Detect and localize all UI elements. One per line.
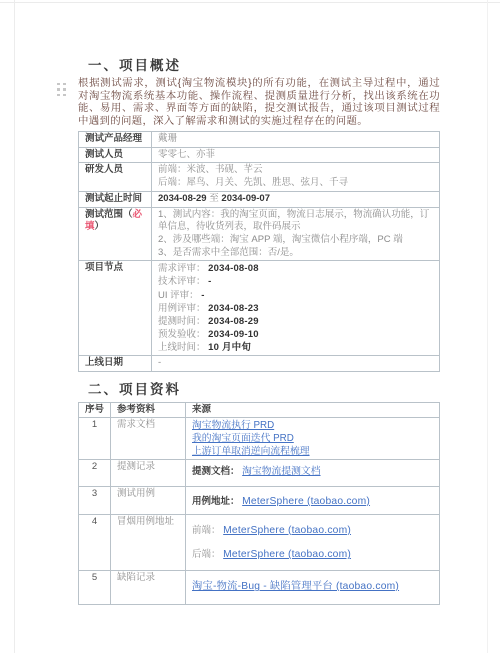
milestone-line: 技术评审： - xyxy=(158,275,433,288)
page-left-edge xyxy=(14,0,15,653)
table-row: 5 缺陷记录 淘宝-物流-Bug - 缺陷管理平台 (taobao.com) xyxy=(79,571,440,605)
scope-label-prefix: 测试范围（ xyxy=(85,209,133,220)
milestone-line: 提测时间： 2034-08-29 xyxy=(158,315,433,328)
section2-heading: 二、项目资料 xyxy=(88,381,440,398)
metersphere-link[interactable]: MeterSphere (taobao.com) xyxy=(242,496,370,507)
table-row: 2 提测记录 提测文档： 淘宝物流提测文档 xyxy=(79,460,440,487)
prd-link[interactable]: 淘宝物流执行 PRD xyxy=(192,420,274,431)
scope-label-suffix: ） xyxy=(95,221,105,232)
source-prefix: 提测文档： xyxy=(192,466,240,477)
table-row: 测试人员 零零七、亦菲 xyxy=(79,147,440,163)
row-number: 1 xyxy=(79,417,111,460)
row-value[interactable]: 前端：米波、书砚、芊云 后端：犀鸟、月关、先凯、胜思、弦月、千寻 xyxy=(152,163,440,191)
milestone-line: UI 评审： - xyxy=(158,289,433,302)
reference-name[interactable]: 测试用例 xyxy=(111,487,186,515)
row-value[interactable]: - xyxy=(152,355,440,371)
metersphere-link[interactable]: MeterSphere (taobao.com) xyxy=(223,549,351,560)
column-header-no[interactable]: 序号 xyxy=(79,402,111,417)
table-row: 4 冒烟用例地址 前端： MeterSphere (taobao.com) 后端… xyxy=(79,514,440,570)
row-label[interactable]: 测试人员 xyxy=(79,147,152,163)
frontend-label: 前端： xyxy=(192,525,221,536)
source-cell: 淘宝-物流-Bug - 缺陷管理平台 (taobao.com) xyxy=(186,571,440,605)
duration-separator: 至 xyxy=(209,193,219,204)
devs-frontend-line: 前端：米波、书砚、芊云 xyxy=(158,164,433,177)
column-header-source[interactable]: 来源 xyxy=(186,402,440,417)
table-row: 测试起止时间 2034-08-29 至 2034-09-07 xyxy=(79,191,440,207)
milestone-line: 需求评审： 2034-08-08 xyxy=(158,262,433,275)
project-materials-table: 序号 参考资料 来源 1 需求文档 淘宝物流执行 PRD 我的淘宝页面迭代 PR… xyxy=(78,402,440,605)
metersphere-link[interactable]: MeterSphere (taobao.com) xyxy=(223,525,351,536)
reference-name[interactable]: 需求文档 xyxy=(111,417,186,460)
row-value[interactable]: 零零七、亦菲 xyxy=(152,147,440,163)
column-header-ref[interactable]: 参考资料 xyxy=(111,402,186,417)
reference-name[interactable]: 提测记录 xyxy=(111,460,186,487)
project-overview-table: 测试产品经理 戴珊 测试人员 零零七、亦菲 研发人员 前端：米波、书砚、芊云 后… xyxy=(78,131,440,372)
table-row: 上线日期 - xyxy=(79,355,440,371)
row-number: 3 xyxy=(79,487,111,515)
smoke-backend-line: 后端： MeterSphere (taobao.com) xyxy=(192,549,433,562)
page-top-edge xyxy=(0,2,500,3)
row-number: 2 xyxy=(79,460,111,487)
milestone-line: 上线时间： 10 月中旬 xyxy=(158,341,433,354)
submission-doc-link[interactable]: 淘宝物流提测文档 xyxy=(242,466,320,477)
milestone-line: 预发验收： 2034-09-10 xyxy=(158,328,433,341)
row-label[interactable]: 测试产品经理 xyxy=(79,132,152,148)
scope-item: 2、涉及哪些端：淘宝 APP 端，淘宝微信小程序端，PC 端 xyxy=(158,234,433,247)
table-row: 研发人员 前端：米波、书砚、芊云 后端：犀鸟、月关、先凯、胜思、弦月、千寻 xyxy=(79,163,440,191)
source-cell: 前端： MeterSphere (taobao.com) 后端： MeterSp… xyxy=(186,514,440,570)
row-value[interactable]: 2034-08-29 至 2034-09-07 xyxy=(152,191,440,207)
row-label[interactable]: 测试范围（必填） xyxy=(79,207,152,261)
row-label[interactable]: 上线日期 xyxy=(79,355,152,371)
row-number: 4 xyxy=(79,514,111,570)
reference-name[interactable]: 冒烟用例地址 xyxy=(111,514,186,570)
row-label[interactable]: 项目节点 xyxy=(79,261,152,356)
scope-item: 1、测试内容：我的淘宝页面，物流日志展示，物流确认功能，订单信息，待收货列表，取… xyxy=(158,209,433,234)
smoke-frontend-line: 前端： MeterSphere (taobao.com) xyxy=(192,525,433,538)
table-row: 3 测试用例 用例地址： MeterSphere (taobao.com) xyxy=(79,487,440,515)
document-body: 一、项目概述 根据测试需求，测试{淘宝物流模块}的所有功能，在测试主导过程中，通… xyxy=(78,57,440,605)
row-label[interactable]: 测试起止时间 xyxy=(79,191,152,207)
source-cell: 淘宝物流执行 PRD 我的淘宝页面迭代 PRD 上游订单取消逆向流程梳理 xyxy=(186,417,440,460)
row-label[interactable]: 研发人员 xyxy=(79,163,152,191)
row-value[interactable]: 戴珊 xyxy=(152,132,440,148)
source-prefix: 用例地址： xyxy=(192,496,240,507)
table-header-row: 序号 参考资料 来源 xyxy=(79,402,440,417)
row-value[interactable]: 需求评审： 2034-08-08 技术评审： - UI 评审： - 用例评审： … xyxy=(152,261,440,356)
reference-name[interactable]: 缺陷记录 xyxy=(111,571,186,605)
drag-handle-icon[interactable] xyxy=(55,81,68,98)
table-row: 1 需求文档 淘宝物流执行 PRD 我的淘宝页面迭代 PRD 上游订单取消逆向流… xyxy=(79,417,440,460)
row-value[interactable]: 1、测试内容：我的淘宝页面，物流日志展示，物流确认功能，订单信息，待收货列表，取… xyxy=(152,207,440,261)
backend-label: 后端： xyxy=(192,549,221,560)
table-row: 项目节点 需求评审： 2034-08-08 技术评审： - UI 评审： - 用… xyxy=(79,261,440,356)
table-row: 测试范围（必填） 1、测试内容：我的淘宝页面，物流日志展示，物流确认功能，订单信… xyxy=(79,207,440,261)
prd-link[interactable]: 我的淘宝页面迭代 PRD xyxy=(192,433,294,444)
start-date: 2034-08-29 xyxy=(158,193,207,204)
intro-paragraph[interactable]: 根据测试需求，测试{淘宝物流模块}的所有功能，在测试主导过程中，通过对淘宝物流系… xyxy=(78,78,440,128)
milestone-line: 用例评审： 2034-08-23 xyxy=(158,302,433,315)
process-doc-link[interactable]: 上游订单取消逆向流程梳理 xyxy=(192,446,310,457)
source-cell: 提测文档： 淘宝物流提测文档 xyxy=(186,460,440,487)
devs-backend-line: 后端：犀鸟、月关、先凯、胜思、弦月、千寻 xyxy=(158,177,433,190)
page-right-edge xyxy=(487,0,488,653)
source-cell: 用例地址： MeterSphere (taobao.com) xyxy=(186,487,440,515)
table-row: 测试产品经理 戴珊 xyxy=(79,132,440,148)
end-date: 2034-09-07 xyxy=(221,193,270,204)
row-number: 5 xyxy=(79,571,111,605)
scope-item: 3、是否需求中全部范围：否/是。 xyxy=(158,247,433,260)
bug-platform-link[interactable]: 淘宝-物流-Bug - 缺陷管理平台 (taobao.com) xyxy=(192,581,399,592)
section1-heading: 一、项目概述 xyxy=(88,57,440,74)
